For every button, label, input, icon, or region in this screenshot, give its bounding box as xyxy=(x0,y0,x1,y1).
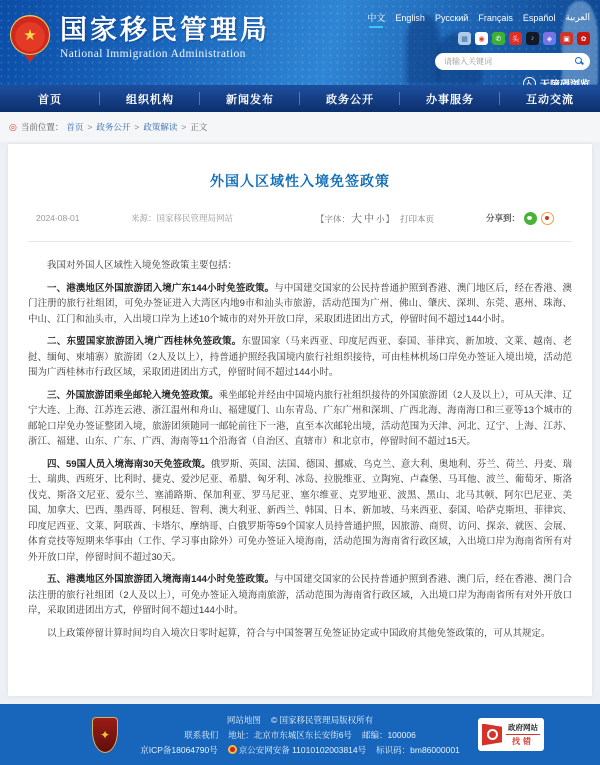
paragraph-policy-3: 三、外国旅游团乘坐邮轮入境免签政策。乘坐邮轮并经由中国境内旅行社组织接待的外国旅… xyxy=(28,388,572,450)
footer-line-3: 京ICP备18064790号京公安网安备 11010102003814号标识码：… xyxy=(140,743,460,758)
article-body: 我国对外国人区域性入境免签政策主要包括： 一、港澳地区外国旅游团入境广东144小… xyxy=(28,242,572,641)
footer-line-2: 联系我们地址：北京市东城区东长安街6号邮编：100006 xyxy=(140,728,460,743)
article-source: 来源：国家移民管理局网站 xyxy=(131,212,316,224)
gov-site-error-report-badge[interactable]: 政府网站 找错 xyxy=(478,718,544,751)
accessibility-link[interactable]: ♿ 无障碍浏览 xyxy=(523,76,590,85)
contact-link[interactable]: 联系我们 xyxy=(184,730,218,740)
douyin-icon[interactable]: ♪ xyxy=(526,32,539,45)
site-footer: ✦ 网站地图© 国家移民管理局版权所有 联系我们地址：北京市东城区东长安街6号邮… xyxy=(0,704,600,765)
nav-item-home[interactable]: 首页 xyxy=(0,85,100,112)
error-report-line2: 找错 xyxy=(506,736,540,747)
share-row: 分享到： xyxy=(486,212,572,225)
paragraph-policy-5: 五、港澳地区外国旅游团入境海南144小时免签政策。与中国建交国家的公民持普通护照… xyxy=(28,572,572,619)
font-size-small-button[interactable]: 小 xyxy=(376,214,385,224)
share-label: 分享到： xyxy=(486,212,520,224)
postcode-text: 邮编：100006 xyxy=(362,730,416,740)
article-card: 外国人区域性入境免签政策 2024-08-01 来源：国家移民管理局网站 【字体… xyxy=(8,144,592,696)
national-emblem-icon: ★ xyxy=(10,15,50,63)
copyright-text: © 国家移民管理局版权所有 xyxy=(271,715,373,725)
nav-item-gov-affairs[interactable]: 政务公开 xyxy=(300,85,400,112)
article-meta: 2024-08-01 来源：国家移民管理局网站 【字体：大中小】打印本页 分享到… xyxy=(28,210,572,226)
font-label-close: 】 xyxy=(386,214,395,224)
search-button[interactable] xyxy=(574,53,587,66)
lang-fr[interactable]: Français xyxy=(478,13,513,23)
nav-item-interaction[interactable]: 互动交流 xyxy=(500,85,600,112)
publish-date: 2024-08-01 xyxy=(36,213,131,223)
toutiao-icon[interactable]: 头 xyxy=(509,32,522,45)
site-subtitle: National Immigration Administration xyxy=(60,48,270,60)
error-report-line1: 政府网站 xyxy=(506,722,540,735)
lang-zh[interactable]: 中文 xyxy=(367,11,385,24)
breadcrumb-separator: > xyxy=(181,122,186,132)
lang-ar[interactable]: العربية xyxy=(565,12,590,23)
accessibility-icon: ♿ xyxy=(523,77,536,85)
paragraph-policy-1: 一、港澳地区外国旅游团入境广东144小时免签政策。与中国建交国家的公民持普通护照… xyxy=(28,281,572,328)
peoples-daily-icon[interactable]: ✿ xyxy=(577,32,590,45)
breadcrumb-gov-affairs[interactable]: 政务公开 xyxy=(96,121,130,133)
nav-item-organization[interactable]: 组织机构 xyxy=(100,85,200,112)
site-code-text: 标识码：bm86000001 xyxy=(376,745,460,755)
font-size-large-button[interactable]: 大 xyxy=(351,213,362,225)
breadcrumb-separator: > xyxy=(134,122,139,132)
wechat-share-icon[interactable] xyxy=(524,212,537,225)
breadcrumb-home[interactable]: 首页 xyxy=(66,121,83,133)
footer-info: 网站地图© 国家移民管理局版权所有 联系我们地址：北京市东城区东长安街6号邮编：… xyxy=(140,713,460,758)
wechat-icon[interactable]: ✆ xyxy=(492,32,505,45)
location-pin-icon: ◎ xyxy=(9,122,17,133)
main-nav: 首页 组织机构 新闻发布 政务公开 办事服务 互动交流 xyxy=(0,85,600,112)
icp-link[interactable]: 京ICP备18064790号 xyxy=(140,745,218,755)
kuaishou-icon[interactable]: ◈ xyxy=(543,32,556,45)
nav-item-news[interactable]: 新闻发布 xyxy=(200,85,300,112)
police-record-link[interactable]: 京公安网安备 11010102003814号 xyxy=(239,745,366,755)
search-icon xyxy=(575,57,582,64)
breadcrumb-current: 正文 xyxy=(190,121,207,133)
lang-es[interactable]: Español xyxy=(523,13,556,23)
error-report-magnifier-icon xyxy=(482,724,502,746)
nav-item-services[interactable]: 办事服务 xyxy=(400,85,500,112)
address-text: 地址：北京市东城区东长安街6号 xyxy=(228,730,352,740)
font-label-open: 【字体： xyxy=(316,214,350,224)
accessibility-label: 无障碍浏览 xyxy=(540,76,590,85)
lang-en[interactable]: English xyxy=(395,13,425,23)
print-page-button[interactable]: 打印本页 xyxy=(400,214,434,224)
paragraph-intro: 我国对外国人区域性入境免签政策主要包括： xyxy=(28,258,572,274)
weibo-icon[interactable]: ◉ xyxy=(475,32,488,45)
breadcrumb-separator: > xyxy=(87,122,92,132)
paragraph-policy-2: 二、东盟国家旅游团入境广西桂林免签政策。东盟国家（马来西亚、印度尼西亚、泰国、菲… xyxy=(28,334,572,381)
sitemap-link[interactable]: 网站地图 xyxy=(227,715,261,725)
breadcrumb: ◎ 当前位置： 首页 > 政务公开 > 政策解读 > 正文 xyxy=(0,112,600,142)
footer-line-1: 网站地图© 国家移民管理局版权所有 xyxy=(140,713,460,728)
font-size-controls: 【字体：大中小】打印本页 xyxy=(316,210,486,226)
site-header: ★ 国家移民管理局 National Immigration Administr… xyxy=(0,0,600,85)
paragraph-policy-4: 四、59国人员入境海南30天免签政策。俄罗斯、英国、法国、德国、挪威、乌克兰、意… xyxy=(28,457,572,566)
police-badge-icon xyxy=(228,745,237,754)
breadcrumb-label: 当前位置： xyxy=(21,121,64,133)
font-size-medium-button[interactable]: 中 xyxy=(364,214,374,225)
site-title: 国家移民管理局 xyxy=(60,15,270,45)
site-logo[interactable]: ★ 国家移民管理局 National Immigration Administr… xyxy=(10,15,270,63)
client-app-icon[interactable]: ▦ xyxy=(458,32,471,45)
lang-ru[interactable]: Русский xyxy=(435,13,468,23)
xuexi-icon[interactable]: ▣ xyxy=(560,32,573,45)
paragraph-closing: 以上政策停留计算时间均自入境次日零时起算，符合与中国签署互免签证协定或中国政府其… xyxy=(28,626,572,642)
weibo-share-icon[interactable] xyxy=(541,212,554,225)
search-input[interactable] xyxy=(435,53,590,70)
article-title: 外国人区域性入境免签政策 xyxy=(28,144,572,191)
party-gov-agency-badge-icon[interactable]: ✦ xyxy=(92,717,118,753)
site-search xyxy=(435,51,590,70)
breadcrumb-policy-interpretation[interactable]: 政策解读 xyxy=(143,121,177,133)
language-switcher: 中文 English Русский Français Español العر… xyxy=(367,11,590,24)
social-icons-row: ▦ ◉ ✆ 头 ♪ ◈ ▣ ✿ xyxy=(458,32,590,45)
